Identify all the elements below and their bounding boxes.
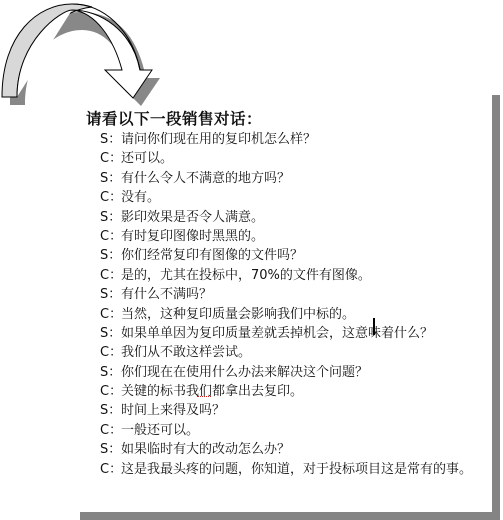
dialog-text: 如果单单因为复印质量差就丢掉机会，这意味着什么？ bbox=[121, 324, 433, 343]
speaker-label: S： bbox=[100, 246, 121, 265]
dialog-text: 请问你们现在用的复印机怎么样？ bbox=[121, 130, 316, 149]
dialog-text: 有什么不满吗？ bbox=[121, 285, 212, 304]
sales-dialog: S：请问你们现在用的复印机怎么样？ C：还可以。 S：有什么令人不满意的地方吗？… bbox=[100, 130, 472, 479]
panel-shadow-bottom bbox=[80, 512, 500, 520]
dialog-text: 没有。 bbox=[121, 188, 160, 207]
dialog-line: C：是的，尤其在投标中，70%的文件有图像。 bbox=[100, 266, 472, 285]
dialog-text: 如果临时有大的改动怎么办？ bbox=[121, 440, 290, 459]
speaker-label: C： bbox=[100, 305, 121, 324]
dialog-line: S：时间上来得及吗？ bbox=[100, 401, 472, 420]
dialog-text: 一般还可以。 bbox=[121, 421, 199, 440]
page-title: 请看以下一段销售对话： bbox=[86, 107, 262, 129]
dialog-line: C：关键的标书我们都拿出去复印。 bbox=[100, 382, 472, 401]
dialog-text: 关键的标书我们都拿出去复印。 bbox=[121, 382, 303, 401]
dialog-text: 还可以。 bbox=[121, 149, 173, 168]
dialog-text: 影印效果是否令人满意。 bbox=[121, 208, 264, 227]
speaker-label: C： bbox=[100, 149, 121, 168]
dialog-line: C：这是我最头疼的问题，你知道，对于投标项目这是常有的事。 bbox=[100, 460, 472, 479]
spellcheck-underline bbox=[197, 393, 211, 397]
dialog-line: C：有时复印图像时黑黑的。 bbox=[100, 227, 472, 246]
dialog-line: S：如果单单因为复印质量差就丢掉机会，这意味着什么？ bbox=[100, 324, 472, 343]
speaker-label: C： bbox=[100, 382, 121, 401]
text-cursor bbox=[373, 318, 375, 335]
speaker-label: S： bbox=[100, 208, 121, 227]
dialog-line: S：影印效果是否令人满意。 bbox=[100, 208, 472, 227]
dialog-text: 是的，尤其在投标中，70%的文件有图像。 bbox=[121, 266, 371, 285]
speaker-label: C： bbox=[100, 343, 121, 362]
dialog-text: 当然，这种复印质量会影响我们中标的。 bbox=[121, 305, 355, 324]
speaker-label: C： bbox=[100, 421, 121, 440]
speaker-label: C： bbox=[100, 188, 121, 207]
speaker-label: S： bbox=[100, 324, 121, 343]
dialog-line: S：有什么令人不满意的地方吗？ bbox=[100, 169, 472, 188]
speaker-label: C： bbox=[100, 266, 121, 285]
dialog-line: C：没有。 bbox=[100, 188, 472, 207]
speaker-label: S： bbox=[100, 363, 121, 382]
speaker-label: C： bbox=[100, 227, 121, 246]
dialog-text: 你们现在在使用什么办法来解决这个问题？ bbox=[121, 363, 368, 382]
speaker-label: S： bbox=[100, 401, 121, 420]
speaker-label: S： bbox=[100, 169, 121, 188]
dialog-text: 有时复印图像时黑黑的。 bbox=[121, 227, 264, 246]
dialog-text: 有什么令人不满意的地方吗？ bbox=[121, 169, 290, 188]
dialog-line: C：一般还可以。 bbox=[100, 421, 472, 440]
speaker-label: S： bbox=[100, 285, 121, 304]
dialog-text: 时间上来得及吗？ bbox=[121, 401, 225, 420]
speaker-label: C： bbox=[100, 460, 121, 479]
dialog-line: S：请问你们现在用的复印机怎么样？ bbox=[100, 130, 472, 149]
dialog-text: 这是我最头疼的问题，你知道，对于投标项目这是常有的事。 bbox=[121, 460, 472, 479]
dialog-line: S：如果临时有大的改动怎么办？ bbox=[100, 440, 472, 459]
dialog-line: S：你们现在在使用什么办法来解决这个问题？ bbox=[100, 363, 472, 382]
dialog-line: C：当然，这种复印质量会影响我们中标的。 bbox=[100, 305, 472, 324]
speaker-label: S： bbox=[100, 440, 121, 459]
speaker-label: S： bbox=[100, 130, 121, 149]
dialog-text: 你们经常复印有图像的文件吗？ bbox=[121, 246, 303, 265]
curved-arrow-down-right-icon bbox=[0, 0, 170, 110]
dialog-line: S：你们经常复印有图像的文件吗？ bbox=[100, 246, 472, 265]
dialog-text: 我们从不敢这样尝试。 bbox=[121, 343, 251, 362]
dialog-line: C：我们从不敢这样尝试。 bbox=[100, 343, 472, 362]
dialog-line: C：还可以。 bbox=[100, 149, 472, 168]
dialog-line: S：有什么不满吗？ bbox=[100, 285, 472, 304]
panel-shadow-right bbox=[492, 95, 500, 520]
